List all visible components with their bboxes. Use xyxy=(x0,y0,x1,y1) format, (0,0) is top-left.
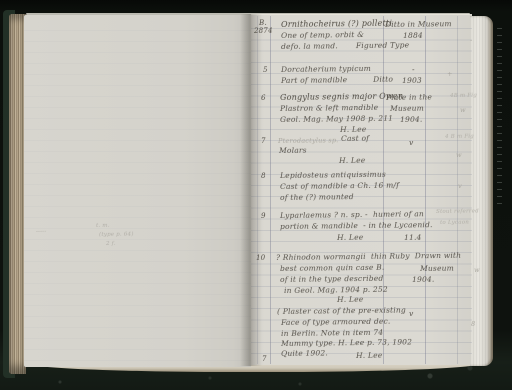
handwriting-line: Plastron & left mandible xyxy=(280,104,378,113)
right-column-note: Museum xyxy=(390,105,424,113)
margin-pencil-mark: Stout referred xyxy=(436,207,479,216)
handwriting-line: Face of type armoured dec. xyxy=(281,318,391,327)
background-ruler-strip xyxy=(497,28,502,208)
handwriting-line: Gongylus segnis major Owen xyxy=(280,92,403,102)
margin-pencil-mark: 8 xyxy=(471,320,475,328)
entry-number: 7 xyxy=(261,137,266,145)
right-column-note: 1884 xyxy=(403,32,423,40)
gutter-shadow xyxy=(240,14,262,366)
margin-pencil-mark: 4B m Fig xyxy=(450,92,477,100)
margin-pencil-mark: w xyxy=(474,266,480,274)
right-column-note: 1904. xyxy=(412,276,435,284)
handwriting-line: best common quin case B. xyxy=(280,264,385,273)
entry-number: 2874 xyxy=(254,27,273,35)
entry-number: 6 xyxy=(261,94,266,102)
handwriting-line: Molars xyxy=(279,147,307,155)
handwriting-line: Quite 1902. xyxy=(281,349,328,358)
margin-pencil-mark: 4 B m Fig xyxy=(445,133,474,141)
column-rule xyxy=(270,16,271,364)
signature: H. Lee xyxy=(356,352,382,360)
handwriting-line: Lepidosteus antiquissimus xyxy=(280,171,386,180)
handwriting-line: of it in the type described xyxy=(280,275,383,284)
handwriting-line: in Berlin. Note in item 74 xyxy=(281,329,383,338)
right-fore-edge xyxy=(470,16,493,366)
entry-number: B. xyxy=(259,19,267,27)
right-column-note: v xyxy=(409,310,414,318)
entry-number: 8 xyxy=(261,172,266,180)
handwriting-line: Cast of mandible a Ch. 16 m/f xyxy=(280,182,399,191)
handwriting-line: Mummy type. H. Lee p. 73, 1902 xyxy=(281,338,412,348)
column-rule xyxy=(425,16,426,364)
handwriting-line: One of temp. orbit & xyxy=(281,31,364,40)
handwriting-line: Ornithocheirus (?) polletti xyxy=(281,20,392,29)
right-column-note: 1904. xyxy=(400,116,423,124)
column-rule xyxy=(257,16,258,364)
handwriting-line: Dorcatherium typicum xyxy=(281,65,371,74)
handwriting-line: Part of mandible Ditto xyxy=(281,76,393,85)
right-column-note: 1903 xyxy=(402,77,422,85)
handwriting-line: defo. la mand. Figured Type xyxy=(281,41,409,51)
margin-pencil-mark: to Lycaon xyxy=(440,219,469,227)
right-column-note: Museum xyxy=(420,265,454,273)
ledger-photograph: ----- t. m. (type p. 64) 2 f. B. 2874 Or… xyxy=(0,0,512,390)
margin-pencil-mark: + xyxy=(447,70,453,78)
left-pencil-note: 2 f. xyxy=(106,240,116,248)
handwriting-line: Cast of xyxy=(341,135,369,143)
left-page-ruling xyxy=(24,20,251,364)
margin-pencil-mark: - xyxy=(470,36,473,44)
handwriting-line: in Geol. Mag. 1904 p. 252 xyxy=(284,286,388,295)
margin-pencil-mark: w xyxy=(456,151,462,159)
footer-page-number: 7 xyxy=(262,355,267,363)
handwriting-line: Geol. Mag. May 1908 p. 211 xyxy=(280,115,393,124)
handwriting-line: H. Lee xyxy=(339,157,365,165)
handwriting-line: of the (?) mounted xyxy=(280,193,354,202)
entry-number: 9 xyxy=(261,212,266,220)
right-column-note: v xyxy=(409,139,414,147)
right-column-note: Plate in the xyxy=(386,93,432,102)
handwriting-line: ( Plaster cast of the pre-existing xyxy=(277,306,406,316)
margin-pencil-mark: w xyxy=(460,106,466,114)
handwriting-line-pencil: Pterodactylus sp. xyxy=(278,136,339,145)
right-column-note: 11.4 xyxy=(404,234,422,242)
right-column-note: Ditto in Museum xyxy=(385,20,452,29)
entry-number: 10 xyxy=(256,254,265,262)
margin-pencil-mark: v xyxy=(458,182,462,190)
left-pencil-note: (type p. 64) xyxy=(99,231,134,239)
right-column-note: - xyxy=(412,66,415,74)
handwriting-line: H. Lee xyxy=(337,296,363,304)
handwriting-line: H. Lee xyxy=(337,234,363,242)
left-pencil-note: t. m. xyxy=(96,222,110,230)
entry-number: 5 xyxy=(263,66,268,74)
left-margin-mark: ----- xyxy=(36,228,46,236)
